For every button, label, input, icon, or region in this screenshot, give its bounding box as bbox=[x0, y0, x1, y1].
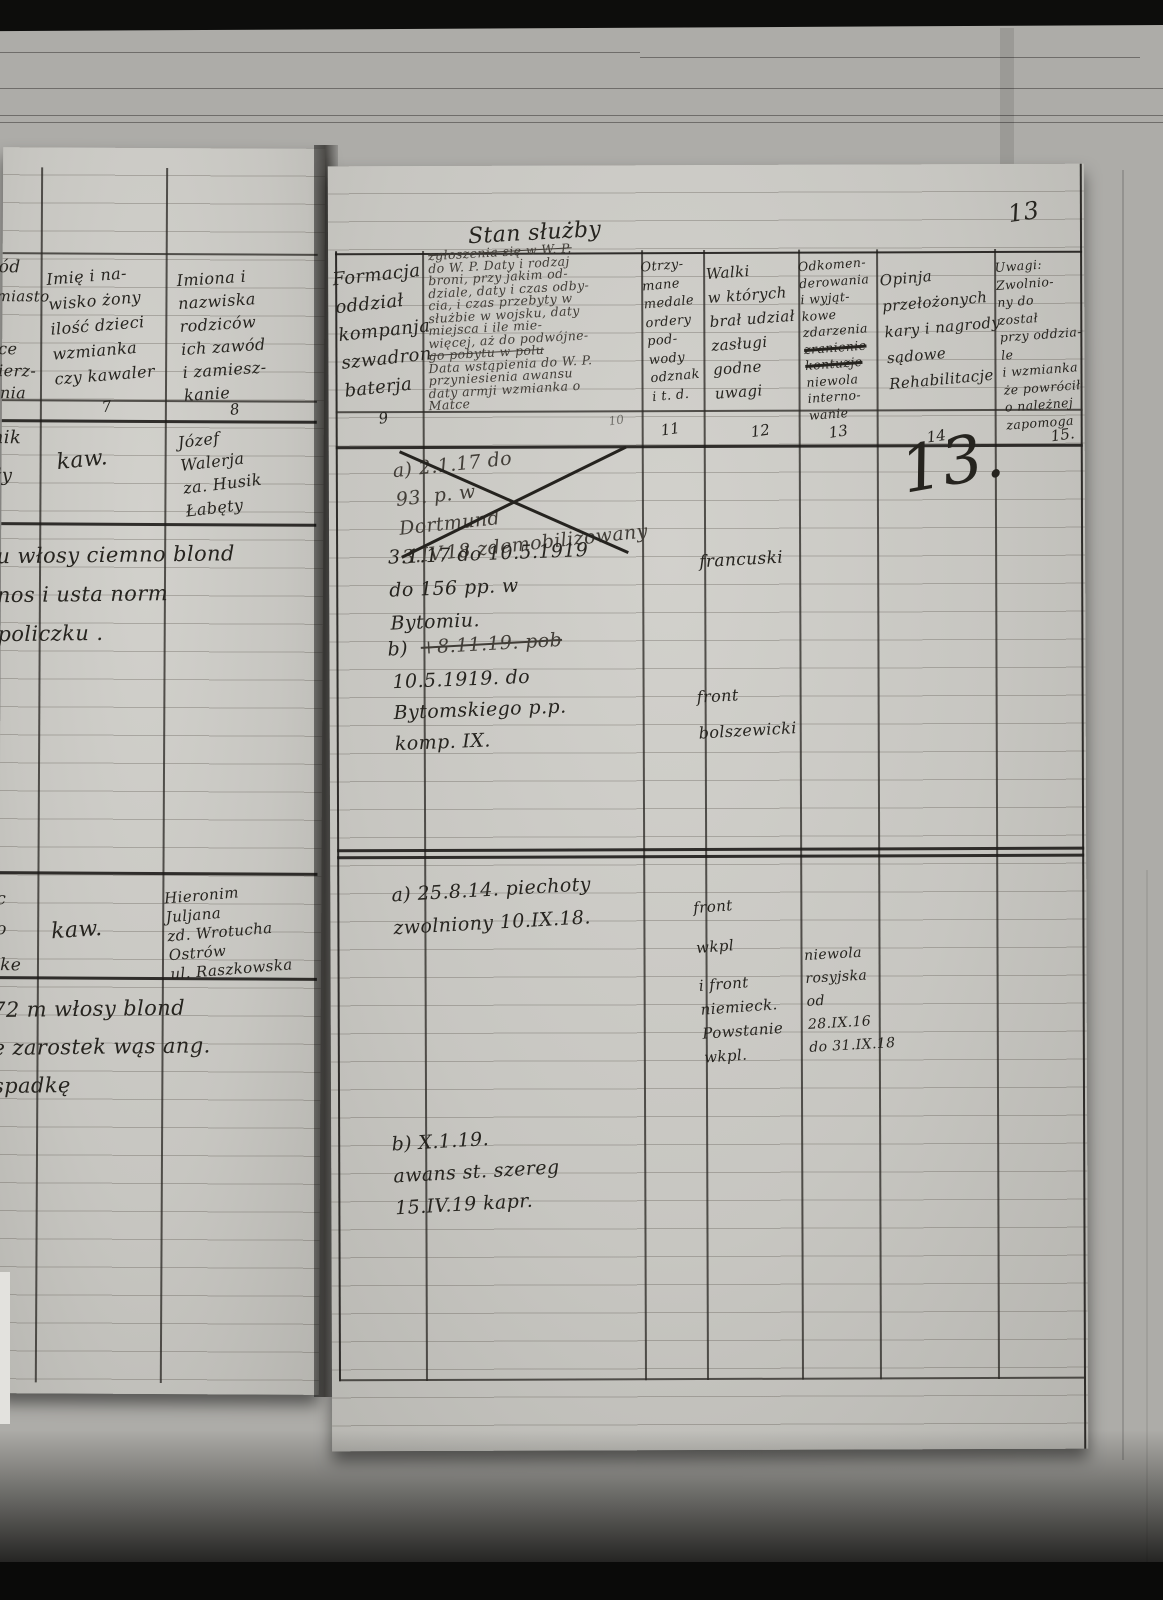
col10-header: zgłoszenia się w W. P.do W. P. Daty i ro… bbox=[428, 245, 593, 408]
col8-header: Imiona inazwiskarodzicówich zawódi zamie… bbox=[176, 264, 269, 407]
scratch-line bbox=[0, 88, 1163, 89]
r2-col6-fragment: o bbox=[0, 919, 7, 939]
col14-header: Opinjaprzełożonychkary i nagrodysądoweRe… bbox=[879, 257, 1006, 397]
col6-header-fragment: ierz- bbox=[0, 361, 36, 380]
film-page-number: 13 bbox=[1006, 196, 1041, 228]
r1-col6-fragment: nik bbox=[0, 427, 21, 448]
col7-number: 7 bbox=[101, 397, 113, 416]
r2-description: 72 m włosy blonde zarostek wąs ang.spadk… bbox=[0, 988, 211, 1105]
col13-number: 13 bbox=[828, 421, 849, 442]
r1-parents: JózefWalerjaza. HusikŁabęty bbox=[176, 422, 265, 523]
col6-header-fragment: nia bbox=[0, 383, 26, 402]
r2-service-b: b) X.1.19.awans st. szereg15.IV.19 kapr. bbox=[391, 1119, 562, 1224]
col6-header-fragment: ód bbox=[0, 257, 21, 277]
left-page: ód miasto ce ierz- nia Imię i na-wisko ż… bbox=[0, 147, 325, 1395]
film-edge-sliver bbox=[0, 1272, 10, 1424]
r2-captivity: niewolarosyjskaod28.IX.16do 31.IX.18 bbox=[804, 940, 897, 1060]
col7-header: Imię i na-wisko żonyilość dzieciwzmianka… bbox=[45, 259, 156, 392]
scratch-line bbox=[0, 122, 1163, 123]
col9-header: Formacjaoddziałkompanjaszwadronbaterja bbox=[331, 257, 438, 406]
col6-header-fragment: ce bbox=[0, 339, 17, 358]
col6-header-fragment: miasto bbox=[0, 287, 50, 305]
handwriting-line: e zarostek wąs ang. bbox=[0, 1026, 211, 1067]
handwriting-line: front bbox=[696, 674, 796, 715]
handwriting-line: bolszewicki bbox=[698, 710, 798, 751]
scratch-line bbox=[640, 57, 1140, 58]
col12-number: 12 bbox=[749, 421, 770, 442]
r1-battles-b: frontbolszewicki bbox=[696, 674, 798, 751]
r1-service: 3.1.17 do 10.5.1919do 156 pp. wBytomiu. bbox=[387, 534, 591, 641]
r1-service-b: 10.5.1919. doBytomskiego p.p.komp. IX. bbox=[392, 661, 568, 761]
handwriting-line: 72 m włosy blond bbox=[0, 988, 210, 1029]
r2-battles: front wkpl i front niemieck. Powstanie w… bbox=[692, 890, 785, 1069]
r2-service-a: a) 25.8.14. piechotyzwolniony 10.IX.18. bbox=[391, 868, 594, 945]
r2-marital-status: kaw. bbox=[50, 916, 103, 944]
margin-line bbox=[1122, 170, 1124, 1460]
film-scan: ód miasto ce ierz- nia Imię i na-wisko ż… bbox=[0, 0, 1163, 1600]
handwriting-line: policzku . bbox=[0, 612, 236, 654]
r1-marital-status: kaw. bbox=[56, 445, 109, 475]
handwriting-line: Bytomskiego p.p. bbox=[393, 691, 567, 729]
r2-col6-fragment: c bbox=[0, 889, 6, 909]
scan-bottom-shadow bbox=[0, 1430, 1163, 1580]
film-streak bbox=[1000, 28, 1014, 173]
film-edge-top bbox=[0, 0, 1163, 31]
handwriting-line: komp. IX. bbox=[394, 722, 568, 760]
right-page: Stan służby Formacjaoddziałkompanjaszwad… bbox=[328, 164, 1088, 1452]
col10-number: 10 bbox=[608, 412, 625, 428]
col15-number: 15. bbox=[1050, 424, 1076, 445]
r2-col6-fragment: ske bbox=[0, 955, 21, 975]
col13-header: Odkomen- derowania i wyjąt- kowe zdarzen… bbox=[797, 254, 879, 424]
col15-header: Uwagi:Zwolnio-ny dozostałprzy oddzia-lei… bbox=[994, 253, 1089, 434]
handwriting-line: spadkę bbox=[0, 1064, 211, 1105]
col11-number: 11 bbox=[659, 419, 680, 440]
col12-header: Walkiw którychbrał udziałzasługigodneuwa… bbox=[705, 256, 801, 406]
handwriting-line: u włosy ciemno blond bbox=[0, 534, 235, 576]
scratch-line bbox=[0, 52, 640, 53]
handwriting-line: do 31.IX.18 bbox=[809, 1032, 896, 1060]
film-edge-bottom bbox=[0, 1562, 1163, 1600]
r1-col6-fragment: ły bbox=[0, 465, 12, 486]
handwriting-line: nos i usta norm bbox=[0, 573, 236, 615]
col9-number: 9 bbox=[377, 409, 389, 428]
r2-parents: HieronimJuljanazd. WrotuchaOstrówul. Ras… bbox=[163, 879, 293, 984]
r1-description: u włosy ciemno blondnos i usta normpolic… bbox=[0, 534, 236, 654]
scratch-line bbox=[0, 115, 1163, 116]
